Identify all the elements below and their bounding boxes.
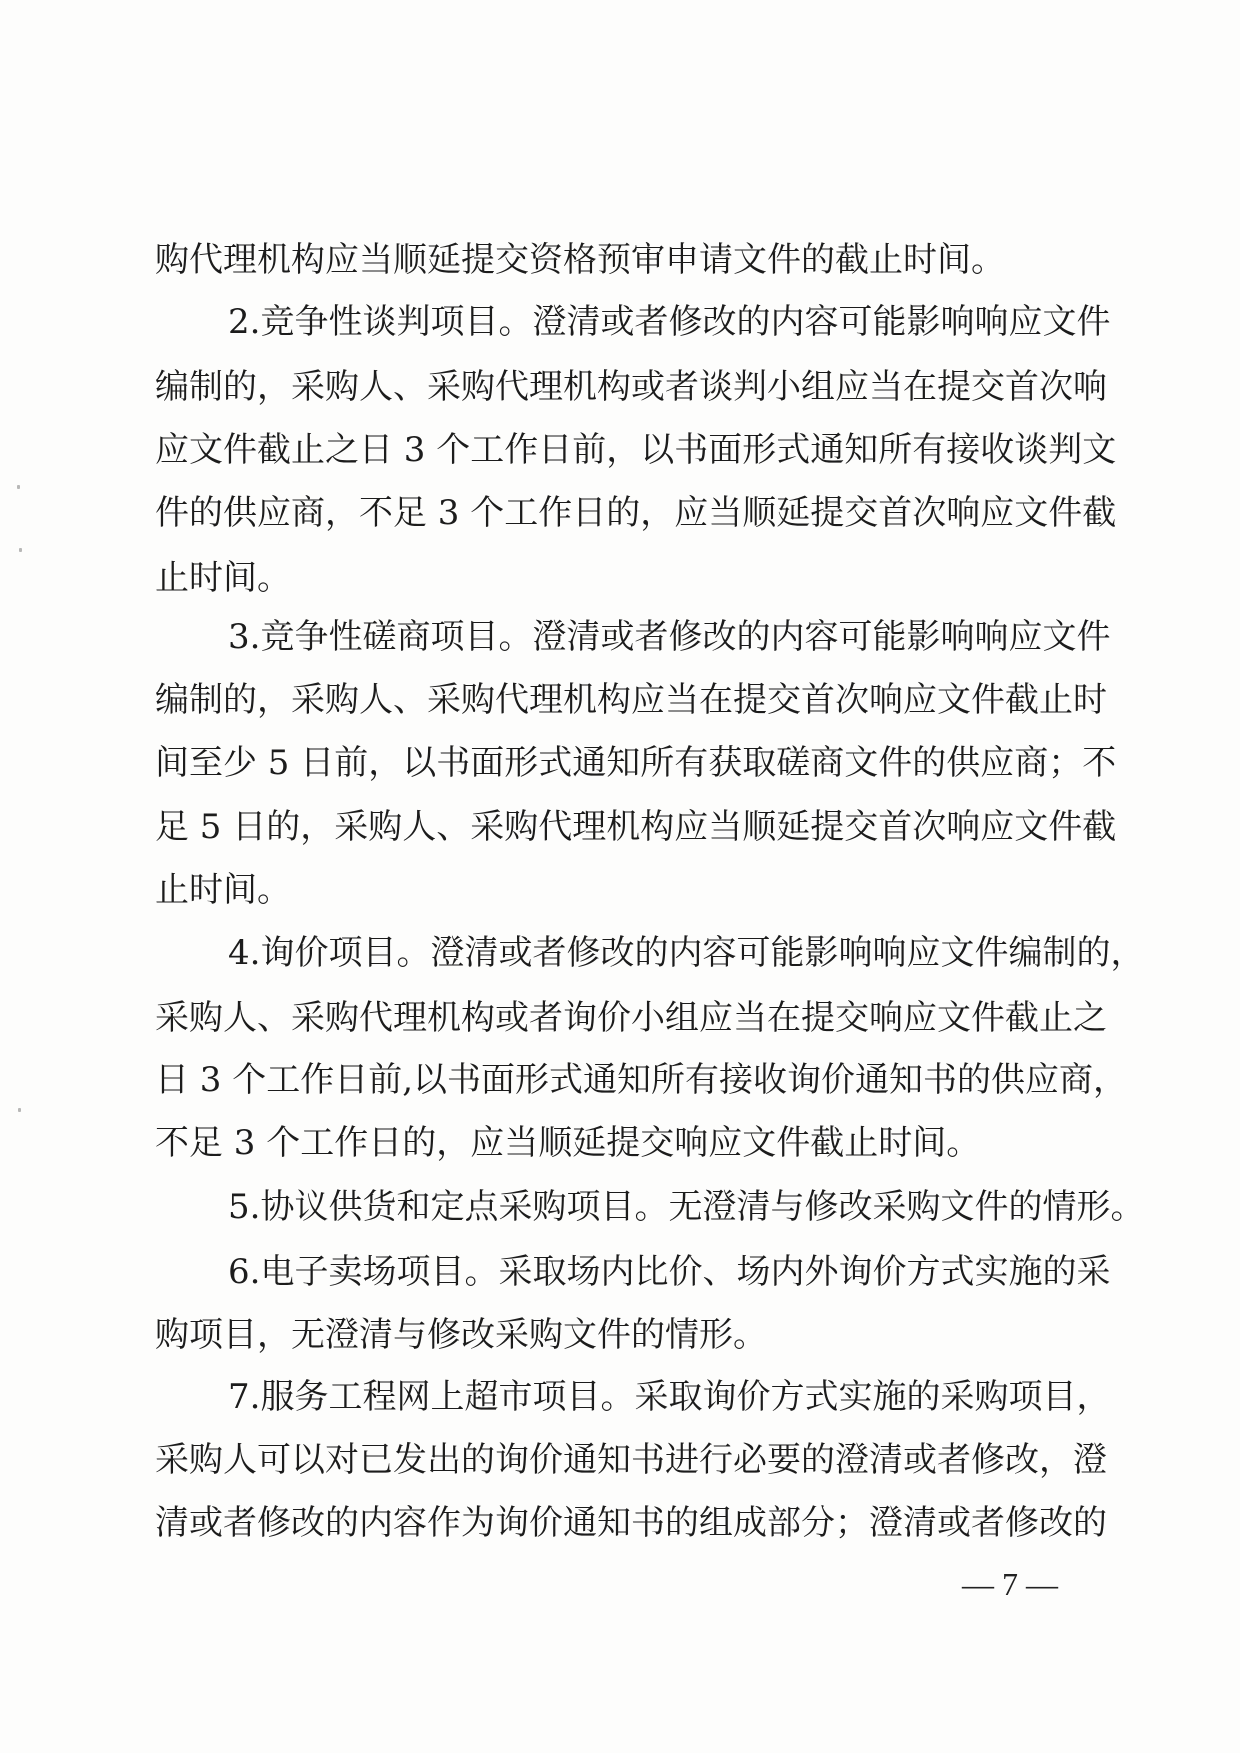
scan-speck <box>18 1108 21 1112</box>
scan-speck <box>17 485 20 489</box>
paragraph-line: 日 3 个工作日前,以书面形式通知所有接收询价通知书的供应商， <box>155 1058 1080 1102</box>
paragraph-line: 采购人可以对已发出的询价通知书进行必要的澄清或者修改，澄 <box>155 1438 1080 1482</box>
paragraph-line: 不足 3 个工作日的，应当顺延提交响应文件截止时间。 <box>155 1121 1080 1165</box>
paragraph-first-line: 4.询价项目。澄清或者修改的内容可能影响响应文件编制的， <box>228 931 1080 975</box>
paragraph-line: 编制的，采购人、采购代理机构应当在提交首次响应文件截止时 <box>155 678 1080 722</box>
paragraph-line: 间至少 5 日前，以书面形式通知所有获取磋商文件的供应商；不 <box>155 741 1080 785</box>
paragraph-line: 购项目，无澄清与修改采购文件的情形。 <box>155 1313 1080 1357</box>
paragraph-line: 购代理机构应当顺延提交资格预审申请文件的截止时间。 <box>155 238 1080 282</box>
page-number: — 7 — <box>955 1562 1065 1606</box>
paragraph-first-line: 3.竞争性磋商项目。澄清或者修改的内容可能影响响应文件 <box>228 615 1080 659</box>
paragraph-line: 编制的，采购人、采购代理机构或者谈判小组应当在提交首次响 <box>155 365 1080 409</box>
paragraph-line: 件的供应商，不足 3 个工作日的，应当顺延提交首次响应文件截 <box>155 491 1080 535</box>
paragraph-line: 止时间。 <box>155 556 1080 600</box>
paragraph-first-line: 2.竞争性谈判项目。澄清或者修改的内容可能影响响应文件 <box>228 300 1080 344</box>
paragraph-first-line: 6.电子卖场项目。采取场内比价、场内外询价方式实施的采 <box>228 1250 1080 1294</box>
paragraph-first-line: 7.服务工程网上超市项目。采取询价方式实施的采购项目， <box>228 1375 1080 1419</box>
paragraph-line: 采购人、采购代理机构或者询价小组应当在提交响应文件截止之 <box>155 996 1080 1040</box>
paragraph-line: 应文件截止之日 3 个工作日前，以书面形式通知所有接收谈判文 <box>155 428 1080 472</box>
paragraph-line: 清或者修改的内容作为询价通知书的组成部分；澄清或者修改的 <box>155 1501 1080 1545</box>
document-page: 购代理机构应当顺延提交资格预审申请文件的截止时间。2.竞争性谈判项目。澄清或者修… <box>0 0 1240 1753</box>
paragraph-line: 足 5 日的，采购人、采购代理机构应当顺延提交首次响应文件截 <box>155 805 1080 849</box>
paragraph-line: 止时间。 <box>155 868 1080 912</box>
scan-speck <box>19 548 22 552</box>
paragraph-first-line: 5.协议供货和定点采购项目。无澄清与修改采购文件的情形。 <box>228 1185 1080 1229</box>
